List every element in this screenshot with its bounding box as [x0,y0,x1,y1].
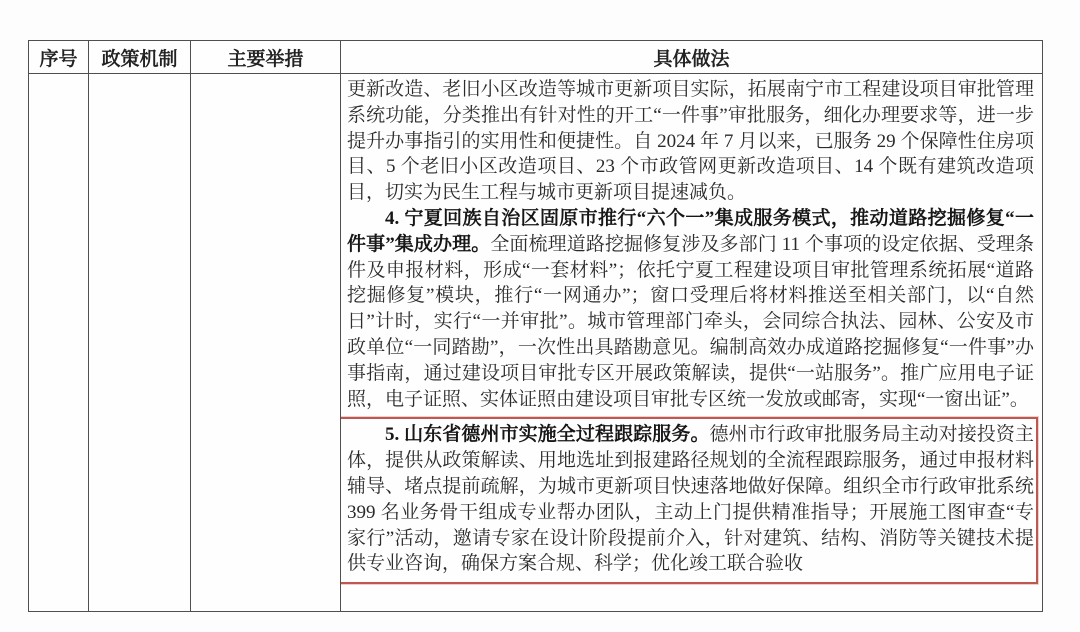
policy-table: 序号 政策机制 主要举措 具体做法 更新改造、老旧小区改造等城市更新项目实际，拓… [28,40,1043,612]
document-page: 序号 政策机制 主要举措 具体做法 更新改造、老旧小区改造等城市更新项目实际，拓… [0,0,1080,632]
paragraph-text: 德州市行政审批服务局主动对接投资主体，提供从政策解读、用地选址到报建路径规划的全… [347,424,1034,574]
table-body-row: 更新改造、老旧小区改造等城市更新项目实际，拓展南宁市工程建设项目审批管理系统功能… [29,74,1042,611]
cell-main-measures [191,74,341,611]
cell-serial-number [29,74,89,611]
paragraph-item5-shandong-dezhou: 5. 山东省德州市实施全过程跟踪服务。德州市行政审批服务局主动对接投资主体，提供… [347,422,1034,577]
header-policy-mechanism: 政策机制 [89,41,191,74]
paragraph-bold-lead: 5. 山东省德州市实施全过程跟踪服务。 [385,424,710,445]
header-main-measures: 主要举措 [191,41,341,74]
red-highlight-box: 5. 山东省德州市实施全过程跟踪服务。德州市行政审批服务局主动对接投资主体，提供… [341,417,1038,584]
paragraph-item4-ningxia-guyuan: 4. 宁夏回族自治区固原市推行“六个一”集成服务模式，推动道路挖掘修复“一件事”… [347,206,1034,412]
header-serial-number: 序号 [29,41,89,74]
cell-policy-mechanism [89,74,191,611]
table-header-row: 序号 政策机制 主要举措 具体做法 [29,41,1042,74]
header-specific-practices: 具体做法 [341,41,1042,74]
cell-specific-practices: 更新改造、老旧小区改造等城市更新项目实际，拓展南宁市工程建设项目审批管理系统功能… [341,74,1042,611]
paragraph-text: 全面梳理道路挖掘修复涉及多部门 11 个事项的设定依据、受理条件及申报材料，形成… [347,234,1034,410]
paragraph-text: 更新改造、老旧小区改造等城市更新项目实际，拓展南宁市工程建设项目审批管理系统功能… [347,79,1034,203]
paragraph-nanning-continuation: 更新改造、老旧小区改造等城市更新项目实际，拓展南宁市工程建设项目审批管理系统功能… [347,77,1034,206]
